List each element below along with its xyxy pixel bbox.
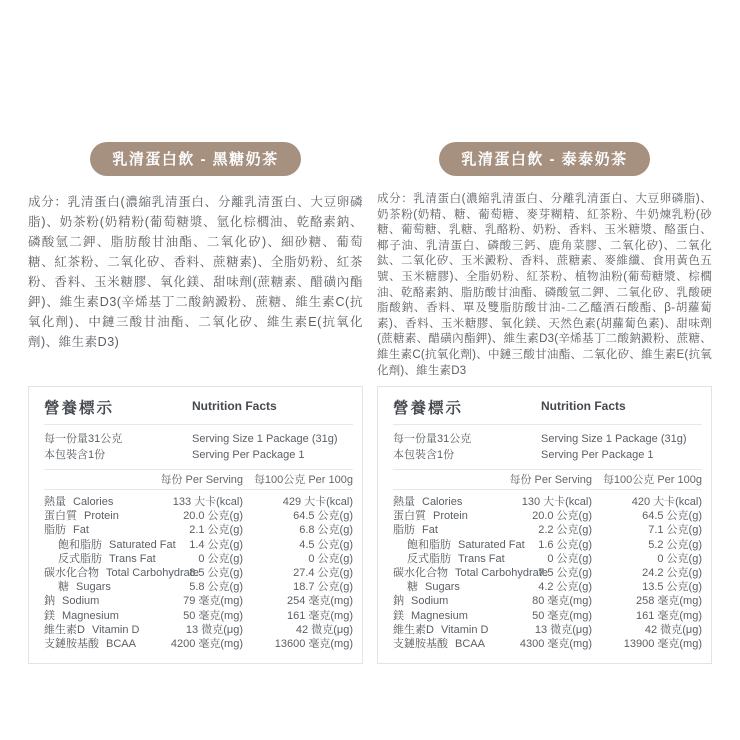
nutrient-label-en: Magnesium — [62, 610, 119, 622]
nutrient-label-en: Protein — [433, 510, 468, 522]
per-serving-value: 13 微克(μg) — [535, 623, 592, 637]
nutrition-title-zh: 營養標示 — [44, 396, 192, 418]
product-title-pill: 乳清蛋白飲 - 泰泰奶茶 — [439, 142, 649, 176]
per-100g-value: 4.5 公克(g) — [299, 538, 353, 552]
nutrition-row: 鎂Magnesium 50 毫克(mg) 161 毫克(mg) — [44, 609, 353, 623]
nutrient-label-zh: 鈉 — [44, 595, 55, 607]
per-serving-value: 2.2 公克(g) — [538, 523, 592, 537]
product-title-wrap: 乳清蛋白飲 - 黑糖奶茶 — [28, 142, 363, 176]
nutrient-label-en: Protein — [84, 510, 119, 522]
nutrition-row: 蛋白質Protein 20.0 公克(g) 64.5 公克(g) — [44, 509, 353, 523]
nutrient-label-zh: 支鏈胺基酸 — [44, 638, 99, 650]
nutrient-label-en: Calories — [422, 496, 462, 508]
per-100g-value: 0 公克(g) — [657, 552, 702, 566]
nutrition-row: 碳水化合物Total Carbohydrate 7.5 公克(g) 24.2 公… — [393, 566, 702, 580]
nutrient-label-en: Fat — [422, 524, 438, 536]
serving-size-zh: 每一份量31公克 — [44, 433, 122, 445]
per-100g-value: 5.2 公克(g) — [648, 538, 702, 552]
nutrient-label-en: BCAA — [106, 638, 136, 650]
per-serving-value: 5.8 公克(g) — [189, 580, 243, 594]
nutrition-row: 蛋白質Protein 20.0 公克(g) 64.5 公克(g) — [393, 509, 702, 523]
per-100g-value: 42 微克(μg) — [296, 623, 353, 637]
nutrition-title-zh: 營養標示 — [393, 396, 541, 418]
nutrient-label-en: Sugars — [76, 581, 111, 593]
nutrient-label-zh: 鈉 — [393, 595, 404, 607]
nutrient-label-zh: 反式脂肪 — [407, 553, 451, 565]
nutrient-label-en: Saturated Fat — [109, 539, 176, 551]
column-header-row: 每份 Per Serving 每100公克 Per 100g — [44, 470, 353, 490]
nutrient-label-en: Calories — [73, 496, 113, 508]
column-header-per-100g: 每100公克 Per 100g — [603, 470, 702, 490]
nutrient-label-zh: 鎂 — [44, 610, 55, 622]
per-100g-value: 6.8 公克(g) — [299, 523, 353, 537]
nutrition-row: 鈉Sodium 80 毫克(mg) 258 毫克(mg) — [393, 594, 702, 608]
nutrition-table: 營養標示 Nutrition Facts 每一份量31公克 本包裝含1份 Ser… — [377, 386, 712, 664]
product-card-brown-sugar-milk-tea: 乳清蛋白飲 - 黑糖奶茶 成分：乳清蛋白(濃縮乳清蛋白、分離乳清蛋白、大豆卵磷脂… — [28, 142, 363, 664]
nutrient-label-zh: 糖 — [407, 581, 418, 593]
per-serving-value: 130 大卡(kcal) — [522, 495, 592, 509]
product-info-page: 乳清蛋白飲 - 黑糖奶茶 成分：乳清蛋白(濃縮乳清蛋白、分離乳清蛋白、大豆卵磷脂… — [0, 0, 740, 664]
serving-info: 每一份量31公克 本包裝含1份 Serving Size 1 Package (… — [44, 425, 353, 470]
nutrition-row: 支鏈胺基酸BCAA 4300 毫克(mg) 13900 毫克(mg) — [393, 637, 702, 651]
nutrient-label-zh: 維生素D — [44, 624, 85, 636]
nutrition-rows: 熱量Calories 130 大卡(kcal) 420 大卡(kcal) 蛋白質… — [393, 490, 702, 651]
per-100g-value: 161 毫克(mg) — [287, 609, 353, 623]
serving-info-zh: 每一份量31公克 本包裝含1份 — [44, 431, 192, 463]
nutrient-label-zh: 熱量 — [393, 496, 415, 508]
serving-info-en: Serving Size 1 Package (31g) Serving Per… — [541, 431, 687, 463]
nutrition-row: 飽和脂肪Saturated Fat 1.4 公克(g) 4.5 公克(g) — [44, 538, 353, 552]
per-100g-value: 13900 毫克(mg) — [624, 637, 702, 651]
per-serving-value: 4300 毫克(mg) — [520, 637, 592, 651]
nutrient-label-zh: 支鏈胺基酸 — [393, 638, 448, 650]
column-header-row: 每份 Per Serving 每100公克 Per 100g — [393, 470, 702, 490]
per-serving-value: 0 公克(g) — [198, 552, 243, 566]
nutrition-row: 維生素DVitamin D 13 微克(μg) 42 微克(μg) — [44, 623, 353, 637]
per-serving-value: 20.0 公克(g) — [532, 509, 592, 523]
nutrient-label-zh: 維生素D — [393, 624, 434, 636]
nutrient-label-en: Saturated Fat — [458, 539, 525, 551]
serving-size-en: Serving Size 1 Package (31g) — [192, 433, 338, 445]
nutrient-label-en: Trans Fat — [109, 553, 156, 565]
nutrient-label-en: Total Carbohydrate — [106, 567, 199, 579]
nutrient-label-en: Sugars — [425, 581, 460, 593]
per-100g-value: 254 毫克(mg) — [287, 594, 353, 608]
per-serving-value: 50 毫克(mg) — [532, 609, 592, 623]
per-serving-value: 7.5 公克(g) — [538, 566, 592, 580]
per-serving-value: 8.5 公克(g) — [189, 566, 243, 580]
nutrient-label-zh: 碳水化合物 — [393, 567, 448, 579]
nutrient-label-en: Sodium — [411, 595, 448, 607]
per-100g-value: 42 微克(μg) — [645, 623, 702, 637]
product-title-pill: 乳清蛋白飲 - 黑糖奶茶 — [90, 142, 300, 176]
per-100g-value: 27.4 公克(g) — [293, 566, 353, 580]
nutrition-table: 營養標示 Nutrition Facts 每一份量31公克 本包裝含1份 Ser… — [28, 386, 363, 664]
column-header-per-100g: 每100公克 Per 100g — [254, 470, 353, 490]
nutrient-label-zh: 脂肪 — [44, 524, 66, 536]
nutrition-row: 鈉Sodium 79 毫克(mg) 254 毫克(mg) — [44, 594, 353, 608]
serving-per-package-zh: 本包裝含1份 — [44, 449, 105, 461]
nutrient-label-zh: 碳水化合物 — [44, 567, 99, 579]
per-100g-value: 429 大卡(kcal) — [283, 495, 353, 509]
nutrient-label-zh: 飽和脂肪 — [58, 539, 102, 551]
serving-per-package-en: Serving Per Package 1 — [192, 449, 305, 461]
per-serving-value: 0 公克(g) — [547, 552, 592, 566]
per-serving-value: 20.0 公克(g) — [183, 509, 243, 523]
nutrient-label-zh: 熱量 — [44, 496, 66, 508]
per-serving-value: 80 毫克(mg) — [532, 594, 592, 608]
nutrition-title-en: Nutrition Facts — [192, 396, 277, 418]
nutrient-label-zh: 鎂 — [393, 610, 404, 622]
nutrient-label-zh: 糖 — [58, 581, 69, 593]
nutrient-label-en: Vitamin D — [441, 624, 488, 636]
per-100g-value: 64.5 公克(g) — [293, 509, 353, 523]
nutrition-row: 碳水化合物Total Carbohydrate 8.5 公克(g) 27.4 公… — [44, 566, 353, 580]
nutrition-row: 熱量Calories 130 大卡(kcal) 420 大卡(kcal) — [393, 495, 702, 509]
per-100g-value: 18.7 公克(g) — [293, 580, 353, 594]
nutrition-row: 脂肪Fat 2.1 公克(g) 6.8 公克(g) — [44, 523, 353, 537]
nutrition-row: 維生素DVitamin D 13 微克(μg) 42 微克(μg) — [393, 623, 702, 637]
per-100g-value: 13600 毫克(mg) — [275, 637, 353, 651]
nutrition-row: 飽和脂肪Saturated Fat 1.6 公克(g) 5.2 公克(g) — [393, 538, 702, 552]
per-serving-value: 2.1 公克(g) — [189, 523, 243, 537]
nutrient-label-en: Trans Fat — [458, 553, 505, 565]
nutrition-row: 脂肪Fat 2.2 公克(g) 7.1 公克(g) — [393, 523, 702, 537]
nutrient-label-en: Sodium — [62, 595, 99, 607]
ingredients-text: 成分：乳清蛋白(濃縮乳清蛋白、分離乳清蛋白、大豆卵磷脂)、奶茶粉(奶精粉(葡萄糖… — [28, 192, 363, 376]
per-serving-value: 4.2 公克(g) — [538, 580, 592, 594]
per-100g-value: 13.5 公克(g) — [642, 580, 702, 594]
nutrition-row: 糖Sugars 5.8 公克(g) 18.7 公克(g) — [44, 580, 353, 594]
nutrient-label-zh: 蛋白質 — [393, 510, 426, 522]
column-header-per-serving: 每份 Per Serving — [160, 470, 243, 490]
column-header-per-serving: 每份 Per Serving — [509, 470, 592, 490]
nutrition-row: 反式脂肪Trans Fat 0 公克(g) 0 公克(g) — [44, 552, 353, 566]
nutrient-label-en: Magnesium — [411, 610, 468, 622]
per-serving-value: 79 毫克(mg) — [183, 594, 243, 608]
product-title-wrap: 乳清蛋白飲 - 泰泰奶茶 — [377, 142, 712, 176]
per-serving-value: 13 微克(μg) — [186, 623, 243, 637]
per-100g-value: 258 毫克(mg) — [636, 594, 702, 608]
serving-size-zh: 每一份量31公克 — [393, 433, 471, 445]
nutrient-label-en: BCAA — [455, 638, 485, 650]
nutrition-title-row: 營養標示 Nutrition Facts — [44, 396, 353, 425]
serving-info-en: Serving Size 1 Package (31g) Serving Per… — [192, 431, 338, 463]
serving-info-zh: 每一份量31公克 本包裝含1份 — [393, 431, 541, 463]
nutrient-label-en: Fat — [73, 524, 89, 536]
product-card-thai-milk-tea: 乳清蛋白飲 - 泰泰奶茶 成分：乳清蛋白(濃縮乳清蛋白、分離乳清蛋白、大豆卵磷脂… — [377, 142, 712, 664]
nutrient-label-zh: 脂肪 — [393, 524, 415, 536]
per-serving-value: 133 大卡(kcal) — [173, 495, 243, 509]
per-100g-value: 0 公克(g) — [308, 552, 353, 566]
nutrient-label-en: Vitamin D — [92, 624, 139, 636]
serving-size-en: Serving Size 1 Package (31g) — [541, 433, 687, 445]
nutrition-row: 糖Sugars 4.2 公克(g) 13.5 公克(g) — [393, 580, 702, 594]
nutrient-label-zh: 蛋白質 — [44, 510, 77, 522]
per-100g-value: 420 大卡(kcal) — [632, 495, 702, 509]
per-100g-value: 7.1 公克(g) — [648, 523, 702, 537]
per-serving-value: 1.4 公克(g) — [189, 538, 243, 552]
nutrient-label-zh: 反式脂肪 — [58, 553, 102, 565]
nutrition-row: 反式脂肪Trans Fat 0 公克(g) 0 公克(g) — [393, 552, 702, 566]
nutrient-label-zh: 飽和脂肪 — [407, 539, 451, 551]
serving-per-package-en: Serving Per Package 1 — [541, 449, 654, 461]
nutrition-row: 支鏈胺基酸BCAA 4200 毫克(mg) 13600 毫克(mg) — [44, 637, 353, 651]
serving-per-package-zh: 本包裝含1份 — [393, 449, 454, 461]
nutrition-row: 熱量Calories 133 大卡(kcal) 429 大卡(kcal) — [44, 495, 353, 509]
per-serving-value: 4200 毫克(mg) — [171, 637, 243, 651]
nutrition-row: 鎂Magnesium 50 毫克(mg) 161 毫克(mg) — [393, 609, 702, 623]
nutrition-title-row: 營養標示 Nutrition Facts — [393, 396, 702, 425]
nutrition-title-en: Nutrition Facts — [541, 396, 626, 418]
nutrition-rows: 熱量Calories 133 大卡(kcal) 429 大卡(kcal) 蛋白質… — [44, 490, 353, 651]
per-100g-value: 24.2 公克(g) — [642, 566, 702, 580]
serving-info: 每一份量31公克 本包裝含1份 Serving Size 1 Package (… — [393, 425, 702, 470]
per-100g-value: 161 毫克(mg) — [636, 609, 702, 623]
per-100g-value: 64.5 公克(g) — [642, 509, 702, 523]
ingredients-text: 成分：乳清蛋白(濃縮乳清蛋白、分離乳清蛋白、大豆卵磷脂)、奶茶粉(奶精、糖、葡萄… — [377, 192, 712, 376]
nutrient-label-en: Total Carbohydrate — [455, 567, 548, 579]
per-serving-value: 50 毫克(mg) — [183, 609, 243, 623]
per-serving-value: 1.6 公克(g) — [538, 538, 592, 552]
